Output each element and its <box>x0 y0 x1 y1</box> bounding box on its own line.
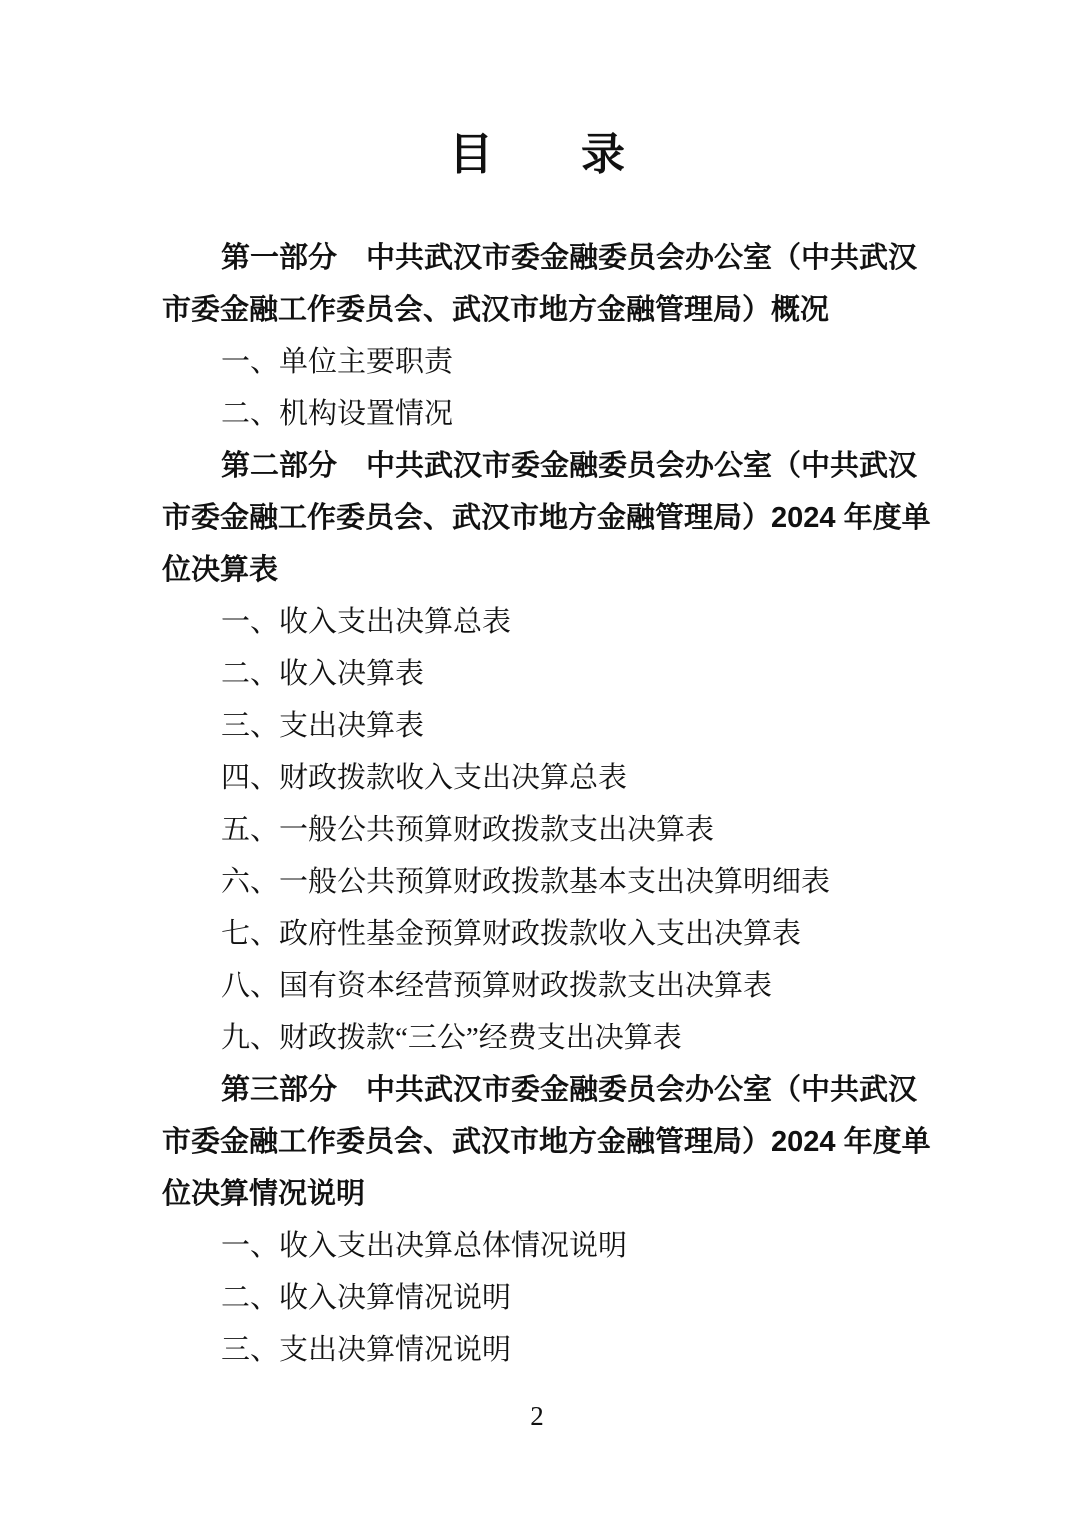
toc-item: 三、支出决算情况说明 <box>162 1324 914 1376</box>
toc-section-3-heading-line: 市委金融工作委员会、武汉市地方金融管理局）2024 年度单 <box>162 1116 914 1168</box>
toc-item: 三、支出决算表 <box>162 700 914 752</box>
toc-item: 二、收入决算情况说明 <box>162 1272 914 1324</box>
toc-item: 六、一般公共预算财政拨款基本支出决算明细表 <box>162 856 914 908</box>
toc-item: 七、政府性基金预算财政拨款收入支出决算表 <box>162 908 914 960</box>
toc-section-1: 第一部分 中共武汉市委金融委员会办公室（中共武汉 市委金融工作委员会、武汉市地方… <box>162 232 914 440</box>
toc-item: 一、单位主要职责 <box>162 336 914 388</box>
toc-item: 二、机构设置情况 <box>162 388 914 440</box>
toc-section-1-heading-line: 市委金融工作委员会、武汉市地方金融管理局）概况 <box>162 284 914 336</box>
toc-item: 八、国有资本经营预算财政拨款支出决算表 <box>162 960 914 1012</box>
toc-item: 五、一般公共预算财政拨款支出决算表 <box>162 804 914 856</box>
toc-section-2-heading-line: 第二部分 中共武汉市委金融委员会办公室（中共武汉 <box>162 440 914 492</box>
toc-title: 目 录 <box>0 130 1074 180</box>
toc-item: 一、收入支出决算总体情况说明 <box>162 1220 914 1272</box>
page-number: 2 <box>530 1401 544 1431</box>
toc-section-2-heading-line: 位决算表 <box>162 544 914 596</box>
toc-section-3: 第三部分 中共武汉市委金融委员会办公室（中共武汉 市委金融工作委员会、武汉市地方… <box>162 1064 914 1376</box>
toc-section-2: 第二部分 中共武汉市委金融委员会办公室（中共武汉 市委金融工作委员会、武汉市地方… <box>162 440 914 1064</box>
toc-section-3-heading-line: 第三部分 中共武汉市委金融委员会办公室（中共武汉 <box>162 1064 914 1116</box>
toc-section-3-heading-line: 位决算情况说明 <box>162 1168 914 1220</box>
toc: 第一部分 中共武汉市委金融委员会办公室（中共武汉 市委金融工作委员会、武汉市地方… <box>162 232 914 1376</box>
toc-item: 四、财政拨款收入支出决算总表 <box>162 752 914 804</box>
page-footer: 2 <box>0 1398 1074 1434</box>
toc-item: 一、收入支出决算总表 <box>162 596 914 648</box>
toc-section-2-heading-line: 市委金融工作委员会、武汉市地方金融管理局）2024 年度单 <box>162 492 914 544</box>
toc-item: 九、财政拨款“三公”经费支出决算表 <box>162 1012 914 1064</box>
toc-section-1-heading-line: 第一部分 中共武汉市委金融委员会办公室（中共武汉 <box>162 232 914 284</box>
toc-item: 二、收入决算表 <box>162 648 914 700</box>
